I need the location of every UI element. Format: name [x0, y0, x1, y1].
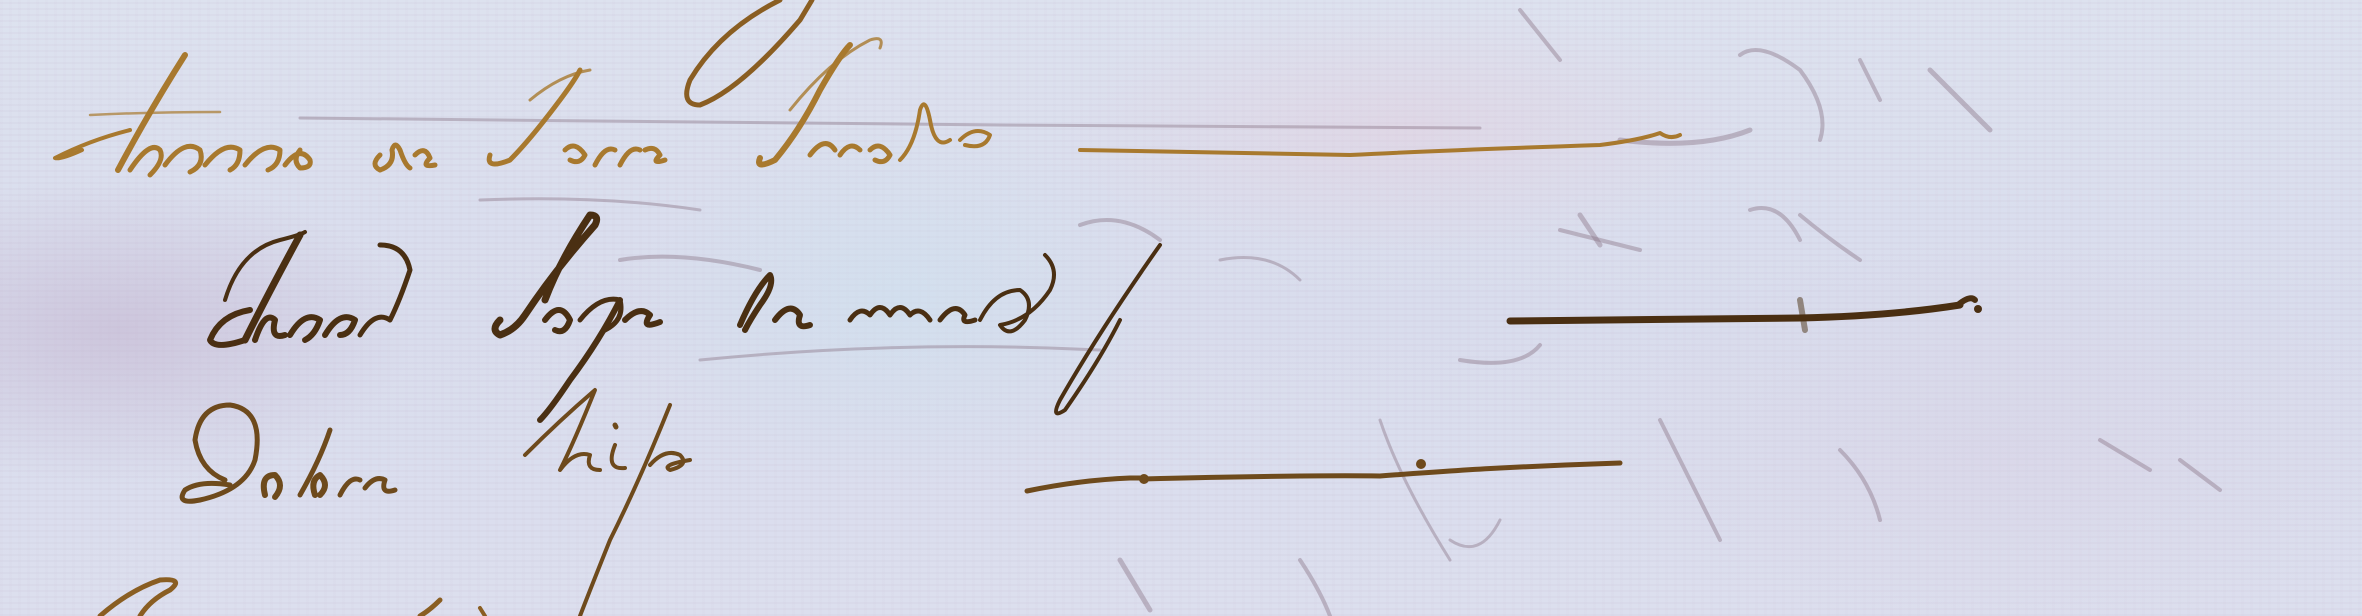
line-2-juana-lopez-su-muger	[210, 215, 1982, 420]
manuscript-ink-layer	[0, 0, 2362, 616]
bottom-partial-strokes	[100, 580, 485, 616]
line-1-antonio-de-torres-jurado	[55, 39, 1680, 175]
top-partial-descender	[687, 0, 812, 105]
line-3-dolores-hija	[182, 390, 1620, 616]
